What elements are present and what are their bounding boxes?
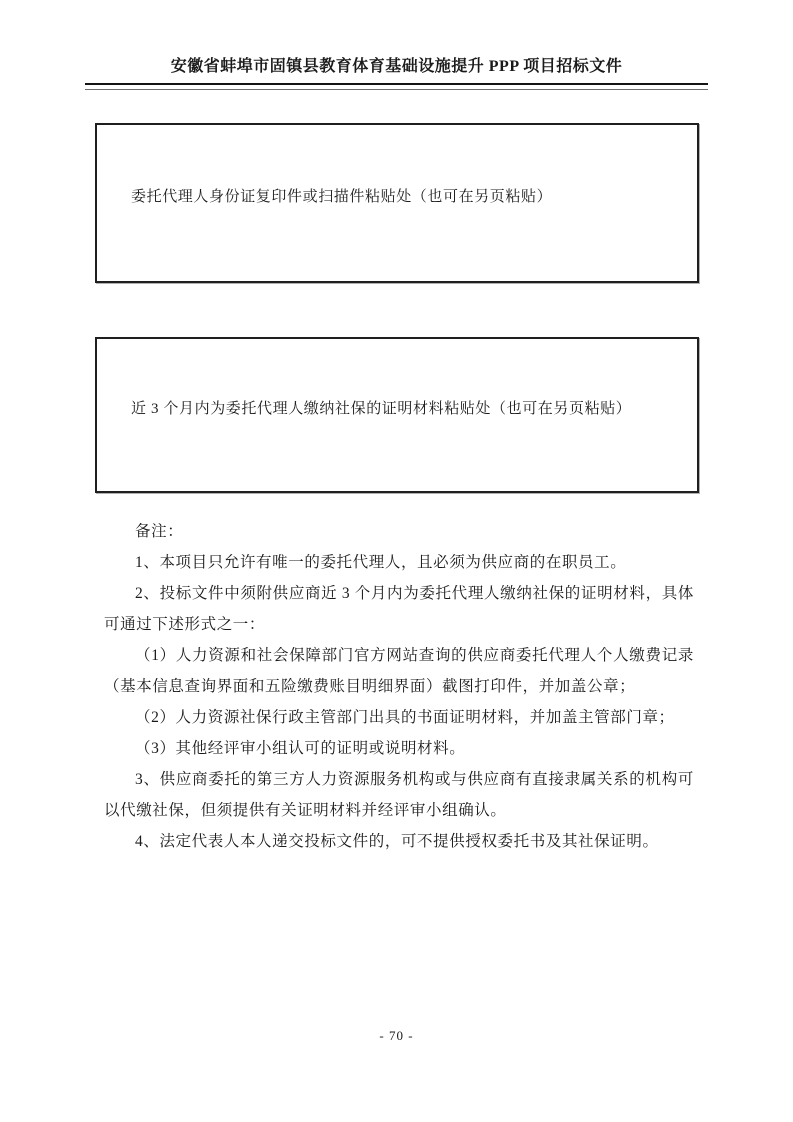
page-number: - 70 - <box>0 1028 793 1044</box>
note-item-2-sub-2: （2）人力资源社保行政主管部门出具的书面证明材料，并加盖主管部门章； <box>104 702 694 733</box>
social-security-proof-paste-box: 近 3 个月内为委托代理人缴纳社保的证明材料粘贴处（也可在另页粘贴） <box>95 337 699 493</box>
note-item-1: 1、本项目只允许有唯一的委托代理人，且必须为供应商的在职员工。 <box>104 547 694 578</box>
header-rule <box>85 83 708 90</box>
document-page: 安徽省蚌埠市固镇县教育体育基础设施提升 PPP 项目招标文件 委托代理人身份证复… <box>0 0 793 1122</box>
id-copy-paste-box-label: 委托代理人身份证复印件或扫描件粘贴处（也可在另页粘贴） <box>97 185 570 221</box>
notes-heading: 备注： <box>104 516 694 547</box>
social-security-proof-paste-box-label: 近 3 个月内为委托代理人缴纳社保的证明材料粘贴处（也可在另页粘贴） <box>97 397 649 433</box>
note-item-2-sub-1: （1）人力资源和社会保障部门官方网站查询的供应商委托代理人个人缴费记录（基本信息… <box>104 640 694 702</box>
note-item-2: 2、投标文件中须附供应商近 3 个月内为委托代理人缴纳社保的证明材料，具体可通过… <box>104 578 694 640</box>
id-copy-paste-box: 委托代理人身份证复印件或扫描件粘贴处（也可在另页粘贴） <box>95 123 699 283</box>
document-header-title: 安徽省蚌埠市固镇县教育体育基础设施提升 PPP 项目招标文件 <box>0 54 793 80</box>
note-item-2-sub-3: （3）其他经评审小组认可的证明或说明材料。 <box>104 733 694 764</box>
notes-section: 备注： 1、本项目只允许有唯一的委托代理人，且必须为供应商的在职员工。 2、投标… <box>104 516 694 857</box>
note-item-3: 3、供应商委托的第三方人力资源服务机构或与供应商有直接隶属关系的机构可以代缴社保… <box>104 764 694 826</box>
note-item-4: 4、法定代表人本人递交投标文件的，可不提供授权委托书及其社保证明。 <box>104 826 694 857</box>
document-header: 安徽省蚌埠市固镇县教育体育基础设施提升 PPP 项目招标文件 <box>0 0 793 90</box>
